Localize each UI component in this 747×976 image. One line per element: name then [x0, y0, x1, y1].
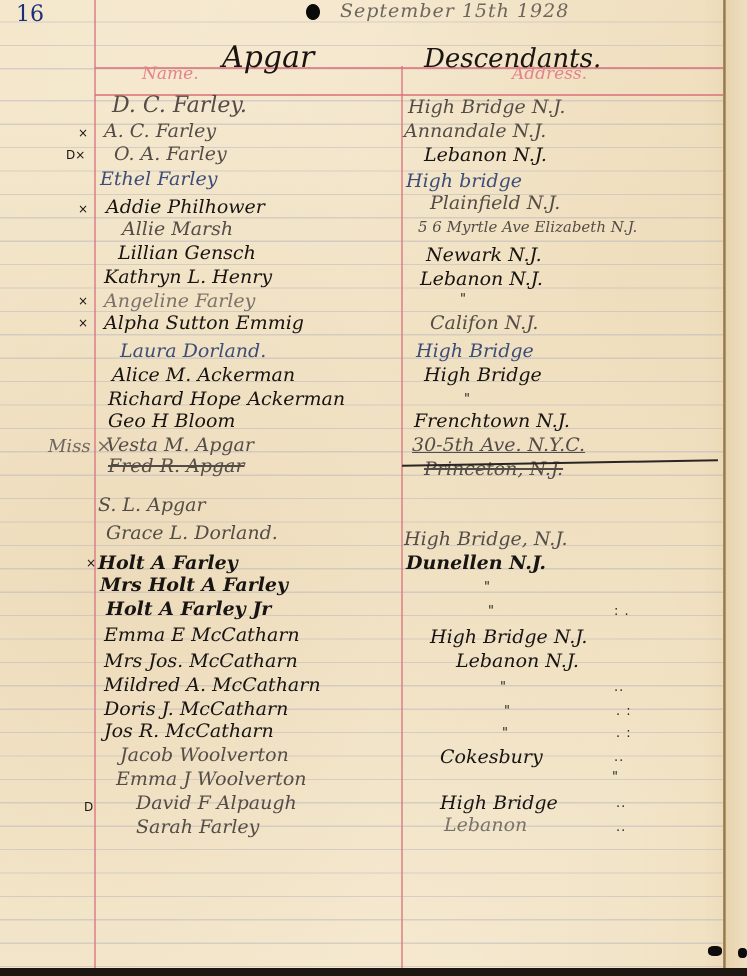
entry-address: Lebanon N.J. — [424, 144, 547, 166]
blue-ruled-lines — [0, 0, 747, 968]
column-divider-rule — [401, 66, 403, 968]
entry-address: High Bridge — [416, 340, 534, 362]
entry-name: A. C. Farley — [104, 120, 216, 142]
ditto-mark-state: .. — [614, 680, 624, 695]
entry-name: Jacob Woolverton — [120, 744, 289, 766]
entry-name: Lillian Gensch — [118, 242, 256, 264]
entry-name: Grace L. Dorland. — [106, 522, 278, 544]
entry-address: High Bridge, N.J. — [404, 528, 568, 550]
entry-name: Richard Hope Ackerman — [108, 388, 345, 410]
entry-address: High Bridge — [424, 364, 542, 386]
left-margin-rule — [94, 0, 96, 968]
entry-name: Emma E McCatharn — [104, 624, 300, 646]
entry-name: Alice M. Ackerman — [112, 364, 295, 386]
ditto-mark: " — [612, 770, 619, 785]
entry-address: High bridge — [406, 170, 522, 192]
ditto-mark-state: . : — [616, 704, 632, 719]
entry-name: Allie Marsh — [122, 218, 233, 240]
entry-name: Kathryn L. Henry — [104, 266, 272, 288]
entry-address: Frenchtown N.J. — [414, 410, 570, 432]
entry-name: Holt A Farley Jr — [106, 598, 271, 620]
entry-name: D. C. Farley. — [112, 95, 247, 117]
entry-name: Emma J Woolverton — [116, 768, 307, 790]
entry-address: Plainfield N.J. — [430, 192, 560, 214]
entry-name: O. A. Farley — [114, 143, 227, 165]
entry-address: 30-5th Ave. N.Y.C. — [412, 434, 585, 456]
entry-address: Lebanon — [444, 814, 527, 836]
entry-name: Vesta M. Apgar — [106, 434, 254, 456]
entry-name: Mrs Holt A Farley — [100, 574, 288, 596]
column-header-address: Address. — [512, 64, 587, 84]
title-surname: Apgar — [222, 40, 314, 75]
entry-name: Mrs Jos. McCatharn — [104, 650, 298, 672]
row-mark: D — [84, 800, 93, 814]
ditto-mark-state: : . — [614, 604, 630, 619]
row-mark-miss: Miss × — [48, 436, 111, 457]
entry-address: High Bridge — [440, 792, 558, 814]
page-date: September 15th 1928 — [340, 0, 569, 22]
ditto-mark: " — [464, 392, 471, 407]
ditto-mark: " — [500, 680, 507, 695]
row-mark: D× — [66, 148, 85, 162]
ink-blot-corner — [738, 948, 747, 958]
ditto-mark-state: .. — [616, 820, 626, 835]
ditto-mark: " — [502, 726, 509, 741]
entry-name: Doris J. McCatharn — [104, 698, 288, 720]
entry-address: Lebanon N.J. — [456, 650, 579, 672]
entry-name: Mildred A. McCatharn — [104, 674, 321, 696]
entry-name-struck: Fred R. Apgar — [108, 455, 245, 477]
ink-blot-corner — [708, 946, 722, 956]
row-mark: × — [78, 294, 88, 308]
page-bottom-edge — [0, 968, 747, 976]
entry-name: Ethel Farley — [100, 168, 217, 190]
entry-address: Annandale N.J. — [404, 120, 546, 142]
entry-address: 5 6 Myrtle Ave Elizabeth N.J. — [418, 216, 637, 238]
entry-name: Holt A Farley — [98, 552, 238, 574]
row-mark: × — [78, 316, 88, 330]
entry-name: Angeline Farley — [104, 290, 255, 312]
entry-address: Dunellen N.J. — [406, 552, 546, 574]
column-header-name: Name. — [142, 64, 199, 84]
ditto-mark-state: . : — [616, 726, 632, 741]
ditto-mark: " — [484, 580, 491, 595]
ledger-page: 16 September 15th 1928 Apgar Descendants… — [0, 0, 747, 968]
entry-address: Cokesbury — [440, 746, 543, 768]
ditto-mark: " — [504, 704, 511, 719]
entry-name: Sarah Farley — [136, 816, 259, 838]
row-mark: × — [86, 556, 96, 570]
ditto-mark: " — [460, 292, 467, 307]
entry-address: Newark N.J. — [426, 244, 542, 266]
entry-name: David F Alpaugh — [136, 792, 297, 814]
ditto-mark-state: .. — [616, 796, 626, 811]
entry-address: High Bridge N.J. — [408, 96, 565, 118]
entry-address: Lebanon N.J. — [420, 268, 543, 290]
entry-name: Jos R. McCatharn — [104, 720, 274, 742]
row-mark: × — [78, 202, 88, 216]
entry-address: High Bridge N.J. — [430, 626, 587, 648]
page-number: 16 — [16, 2, 44, 27]
ditto-mark-state: .. — [614, 750, 624, 765]
facing-page-edge — [726, 0, 747, 968]
entry-name: Laura Dorland. — [120, 340, 266, 362]
row-mark: × — [78, 126, 88, 140]
entry-name: S. L. Apgar — [98, 494, 206, 516]
entry-address: Califon N.J. — [430, 312, 538, 334]
ink-blot — [306, 4, 320, 20]
ditto-mark: " — [488, 604, 495, 619]
entry-name: Alpha Sutton Emmig — [104, 312, 304, 334]
entry-name: Addie Philhower — [106, 196, 265, 218]
entry-name: Geo H Bloom — [108, 410, 235, 432]
